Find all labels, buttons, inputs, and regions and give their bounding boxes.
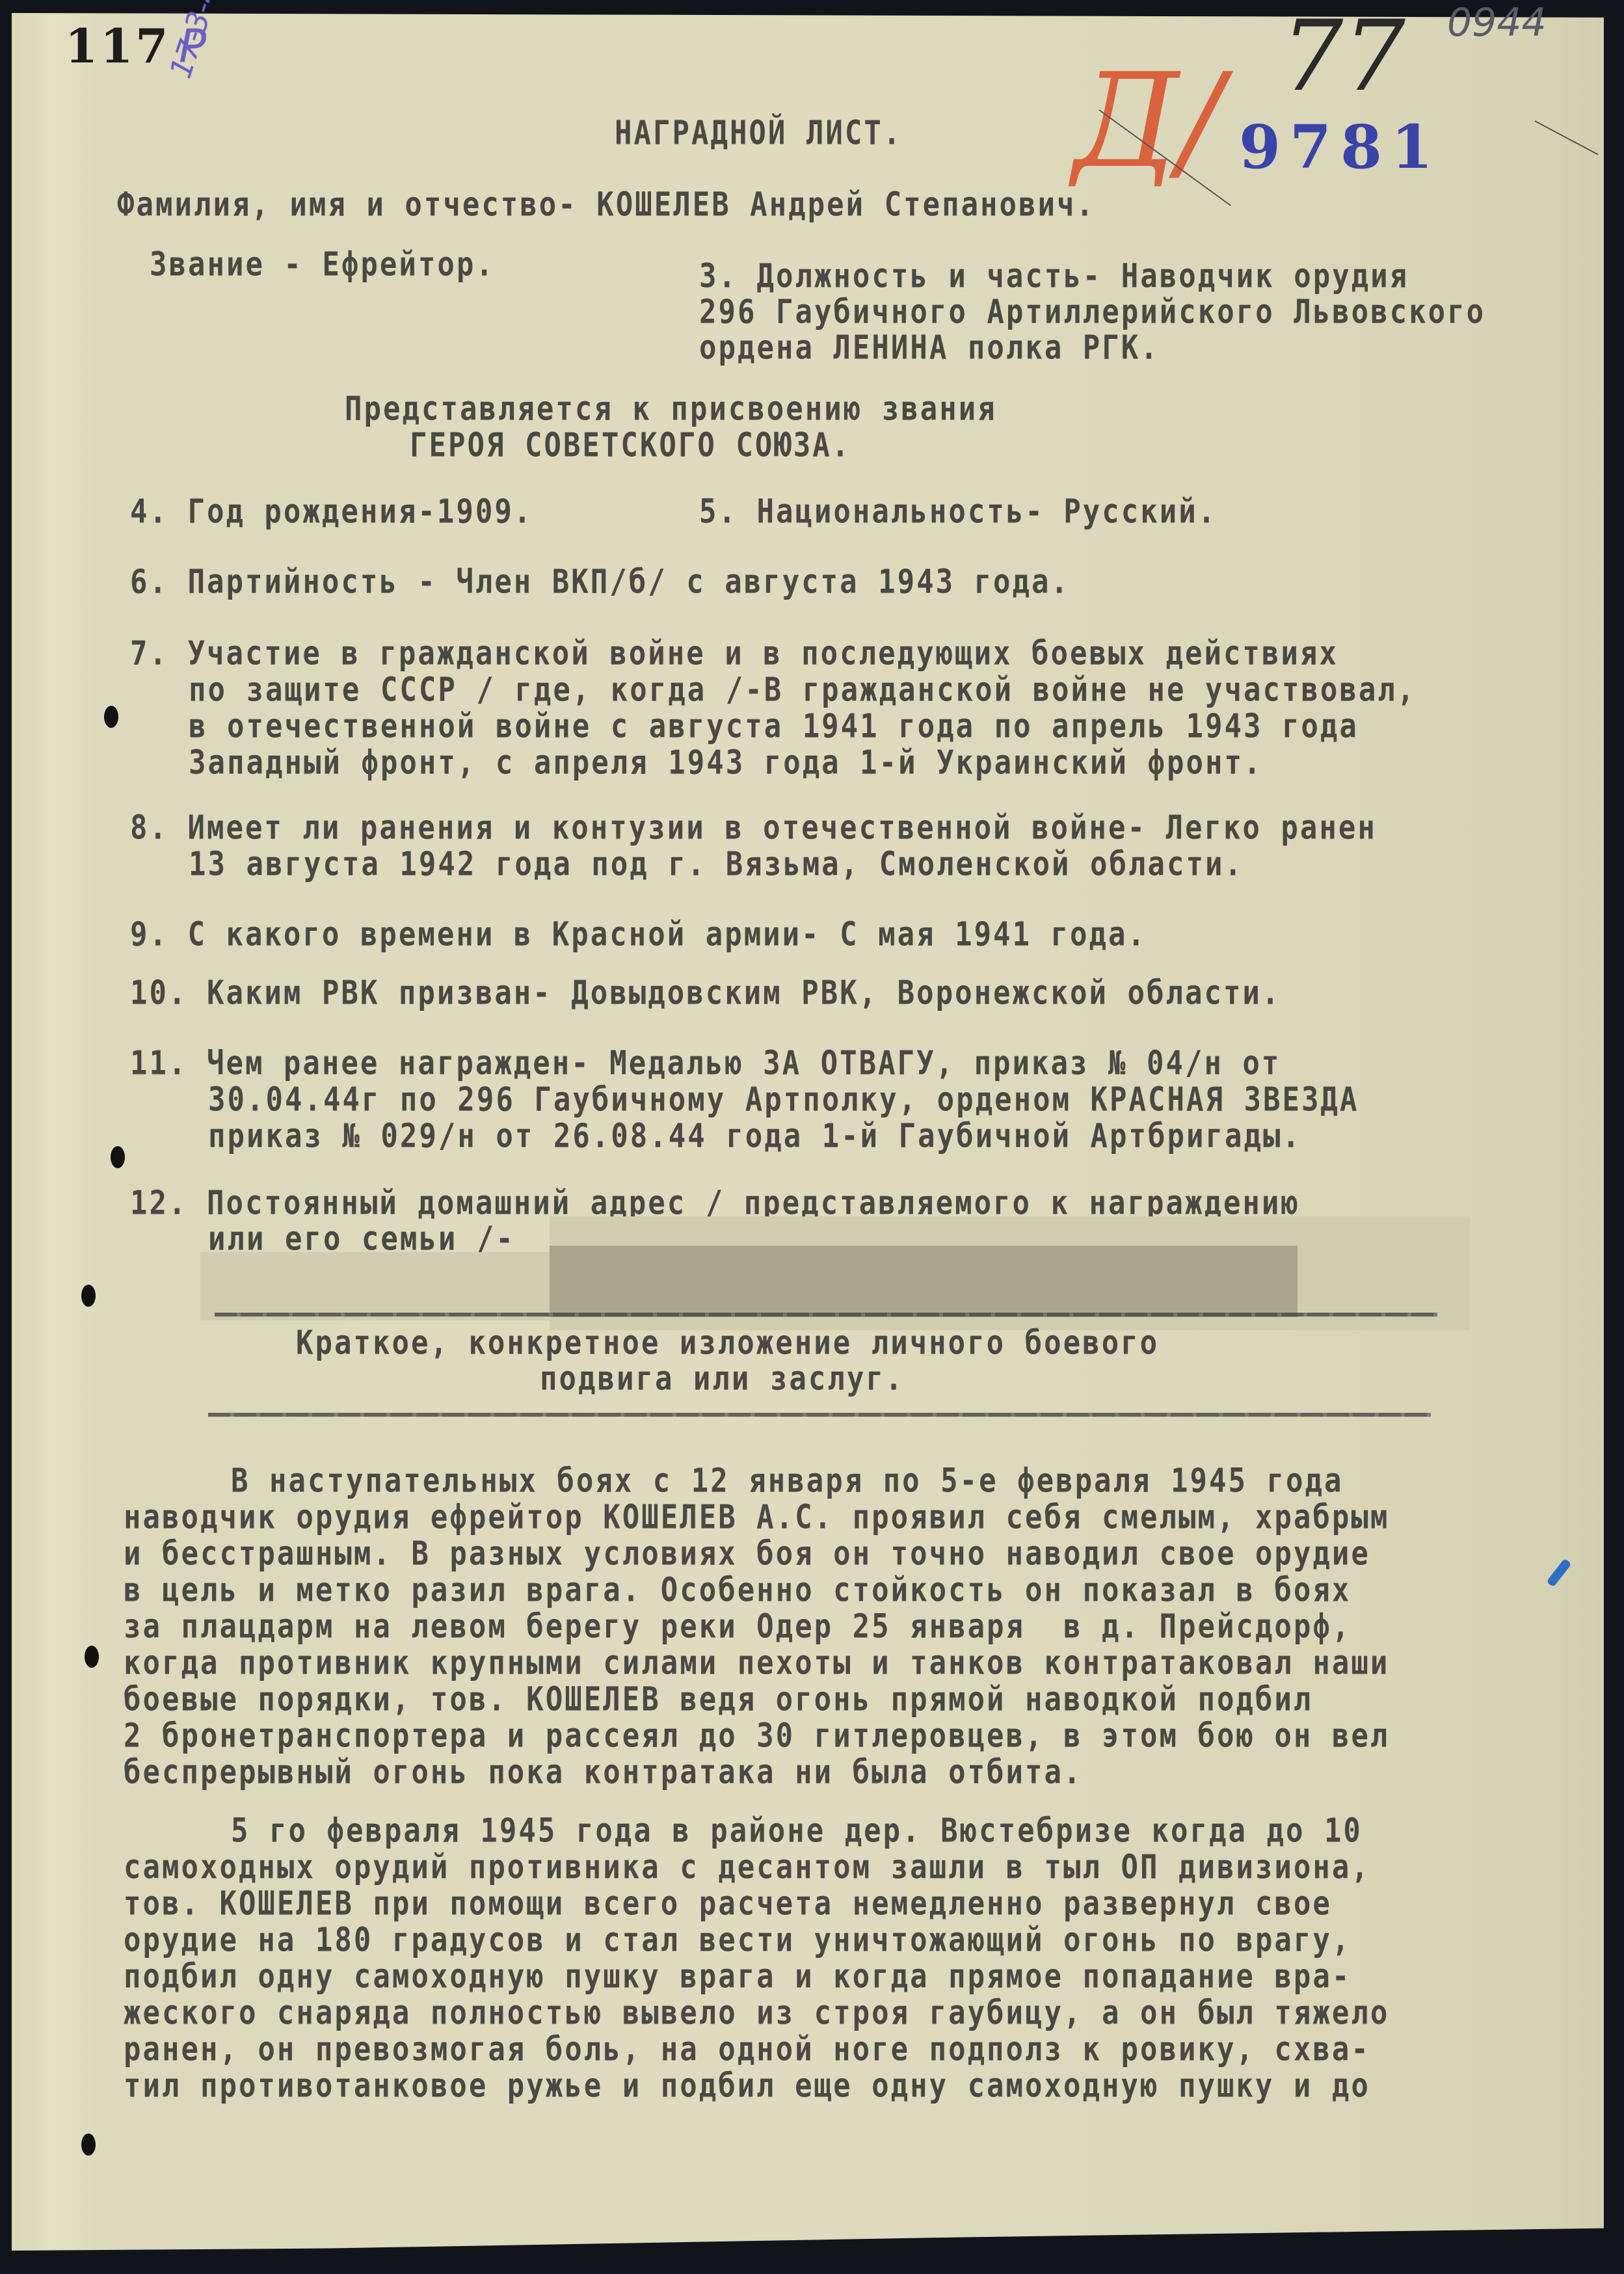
field-7-line-4: Западный фронт, с апреля 1943 года 1-й У… bbox=[189, 747, 1262, 780]
narrative-p1-line-5: за плацдарм на левом берегу реки Одер 25… bbox=[124, 1611, 1351, 1644]
field-5-nationality: 5. Национальность- Русский. bbox=[699, 496, 1217, 529]
presentation-line-1: Представляется к присвоению звания bbox=[345, 393, 997, 426]
binding-hole bbox=[81, 2134, 96, 2156]
field-9-army-since: 9. С какого времени в Красной армии- С м… bbox=[130, 918, 1147, 952]
narrative-p1-line-7: боевые порядки, тов. КОШЕЛЕВ ведя огонь … bbox=[124, 1683, 1312, 1717]
field-8-line-2: 13 августа 1942 года под г. Вязьма, Смол… bbox=[189, 848, 1244, 881]
narrative-p2-line-4: орудие на 180 градусов и стал вести унич… bbox=[124, 1924, 1351, 1957]
narrative-p2-line-2: самоходных орудий противника с десантом … bbox=[124, 1851, 1370, 1884]
presentation-line-2: ГЕРОЯ СОВЕТСКОГО СОЮЗА. bbox=[410, 429, 851, 462]
narrative-p2-line-8: тил противотанковое ружье и подбил еще о… bbox=[124, 2070, 1370, 2103]
field-3-line-2: 296 Гаубичного Артиллерийского Львовског… bbox=[699, 296, 1485, 329]
binding-hole bbox=[85, 1646, 99, 1668]
folio-number: 117 bbox=[65, 18, 170, 74]
red-pencil-mark: Д/ bbox=[1073, 46, 1223, 197]
narrative-p1-line-3: и бесстрашным. В разных условиях боя он … bbox=[124, 1538, 1370, 1571]
field-3-line-3: ордена ЛЕНИНА полка РГК. bbox=[699, 332, 1160, 365]
narrative-p1-line-2: наводчик орудия ефрейтор КОШЕЛЕВ А.С. пр… bbox=[124, 1501, 1389, 1534]
address-redaction-left bbox=[200, 1252, 552, 1320]
field-7-line-1: 7. Участие в гражданской войне и в после… bbox=[130, 637, 1338, 671]
handwritten-77: 77 bbox=[1281, 0, 1405, 113]
document-title: НАГРАДНОЙ ЛИСТ. bbox=[615, 117, 902, 150]
section-heading-line-2: подвига или заслуг. bbox=[540, 1363, 904, 1396]
binding-hole bbox=[111, 1146, 125, 1168]
divider-top bbox=[215, 1313, 1437, 1317]
field-12-line-2: или его семьи /- bbox=[208, 1223, 515, 1256]
field-6-party: 6. Партийность - Член ВКП/б/ с августа 1… bbox=[130, 566, 1070, 599]
narrative-p2-line-3: тов. КОШЕЛЕВ при помощи всего расчета не… bbox=[124, 1888, 1332, 1921]
field-7-line-3: в отечественной войне с августа 1941 год… bbox=[189, 710, 1359, 743]
field-11-line-1: 11. Чем ранее награжден- Медалью ЗА ОТВА… bbox=[130, 1047, 1281, 1080]
narrative-p1-line-1: В наступательных боях с 12 января по 5-е… bbox=[231, 1465, 1343, 1498]
narrative-p1-line-8: 2 бронетранспортера и рассеял до 30 гитл… bbox=[124, 1720, 1389, 1753]
field-10-rvk: 10. Каким РВК призван- Довыдовским РВК, … bbox=[130, 977, 1281, 1010]
field-3-line-1: 3. Должность и часть- Наводчик орудия bbox=[699, 260, 1409, 293]
narrative-p1-line-4: в цель и метко разил врага. Особенно сто… bbox=[124, 1574, 1351, 1607]
field-11-line-2: 30.04.44г по 296 Гаубичному Артполку, ор… bbox=[208, 1084, 1359, 1117]
field-8-line-1: 8. Имеет ли ранения и контузии в отечест… bbox=[130, 812, 1377, 845]
binding-hole bbox=[104, 706, 118, 728]
narrative-p2-line-7: ранен, он превозмогая боль, на одной ног… bbox=[124, 2033, 1370, 2067]
stamp-number: 9781 bbox=[1239, 112, 1442, 182]
narrative-p2-line-6: жеского снаряда полностью вывело из стро… bbox=[124, 1997, 1389, 2030]
field-7-line-2: по защите СССР / где, когда /-В гражданс… bbox=[189, 674, 1416, 707]
address-redaction-dark bbox=[550, 1246, 1298, 1317]
binding-hole bbox=[81, 1285, 96, 1307]
field-2-rank: Звание - Ефрейтор. bbox=[150, 248, 495, 282]
narrative-p1-line-9: беспрерывный огонь пока контратака ни бы… bbox=[124, 1756, 1083, 1789]
field-12-line-1: 12. Постоянный домашний адрес / представ… bbox=[130, 1187, 1300, 1220]
narrative-p2-line-5: подбил одну самоходную пушку врага и ког… bbox=[124, 1960, 1351, 1994]
field-4-birth-year: 4. Год рождения-1909. bbox=[130, 496, 533, 529]
field-1-fio: Фамилия, имя и отчество- КОШЕЛЕВ Андрей … bbox=[117, 189, 1095, 222]
field-11-line-3: приказ № 029/н от 26.08.44 года 1-й Гауб… bbox=[208, 1120, 1301, 1153]
section-heading-line-1: Краткое, конкретное изложение личного бо… bbox=[296, 1327, 1159, 1360]
divider-bottom bbox=[208, 1413, 1431, 1417]
narrative-p1-line-6: когда противник крупными силами пехоты и… bbox=[124, 1647, 1389, 1680]
narrative-p2-line-1: 5 го февраля 1945 года в районе дер. Вюс… bbox=[231, 1815, 1363, 1848]
archive-number: 0944 bbox=[1447, 0, 1547, 46]
